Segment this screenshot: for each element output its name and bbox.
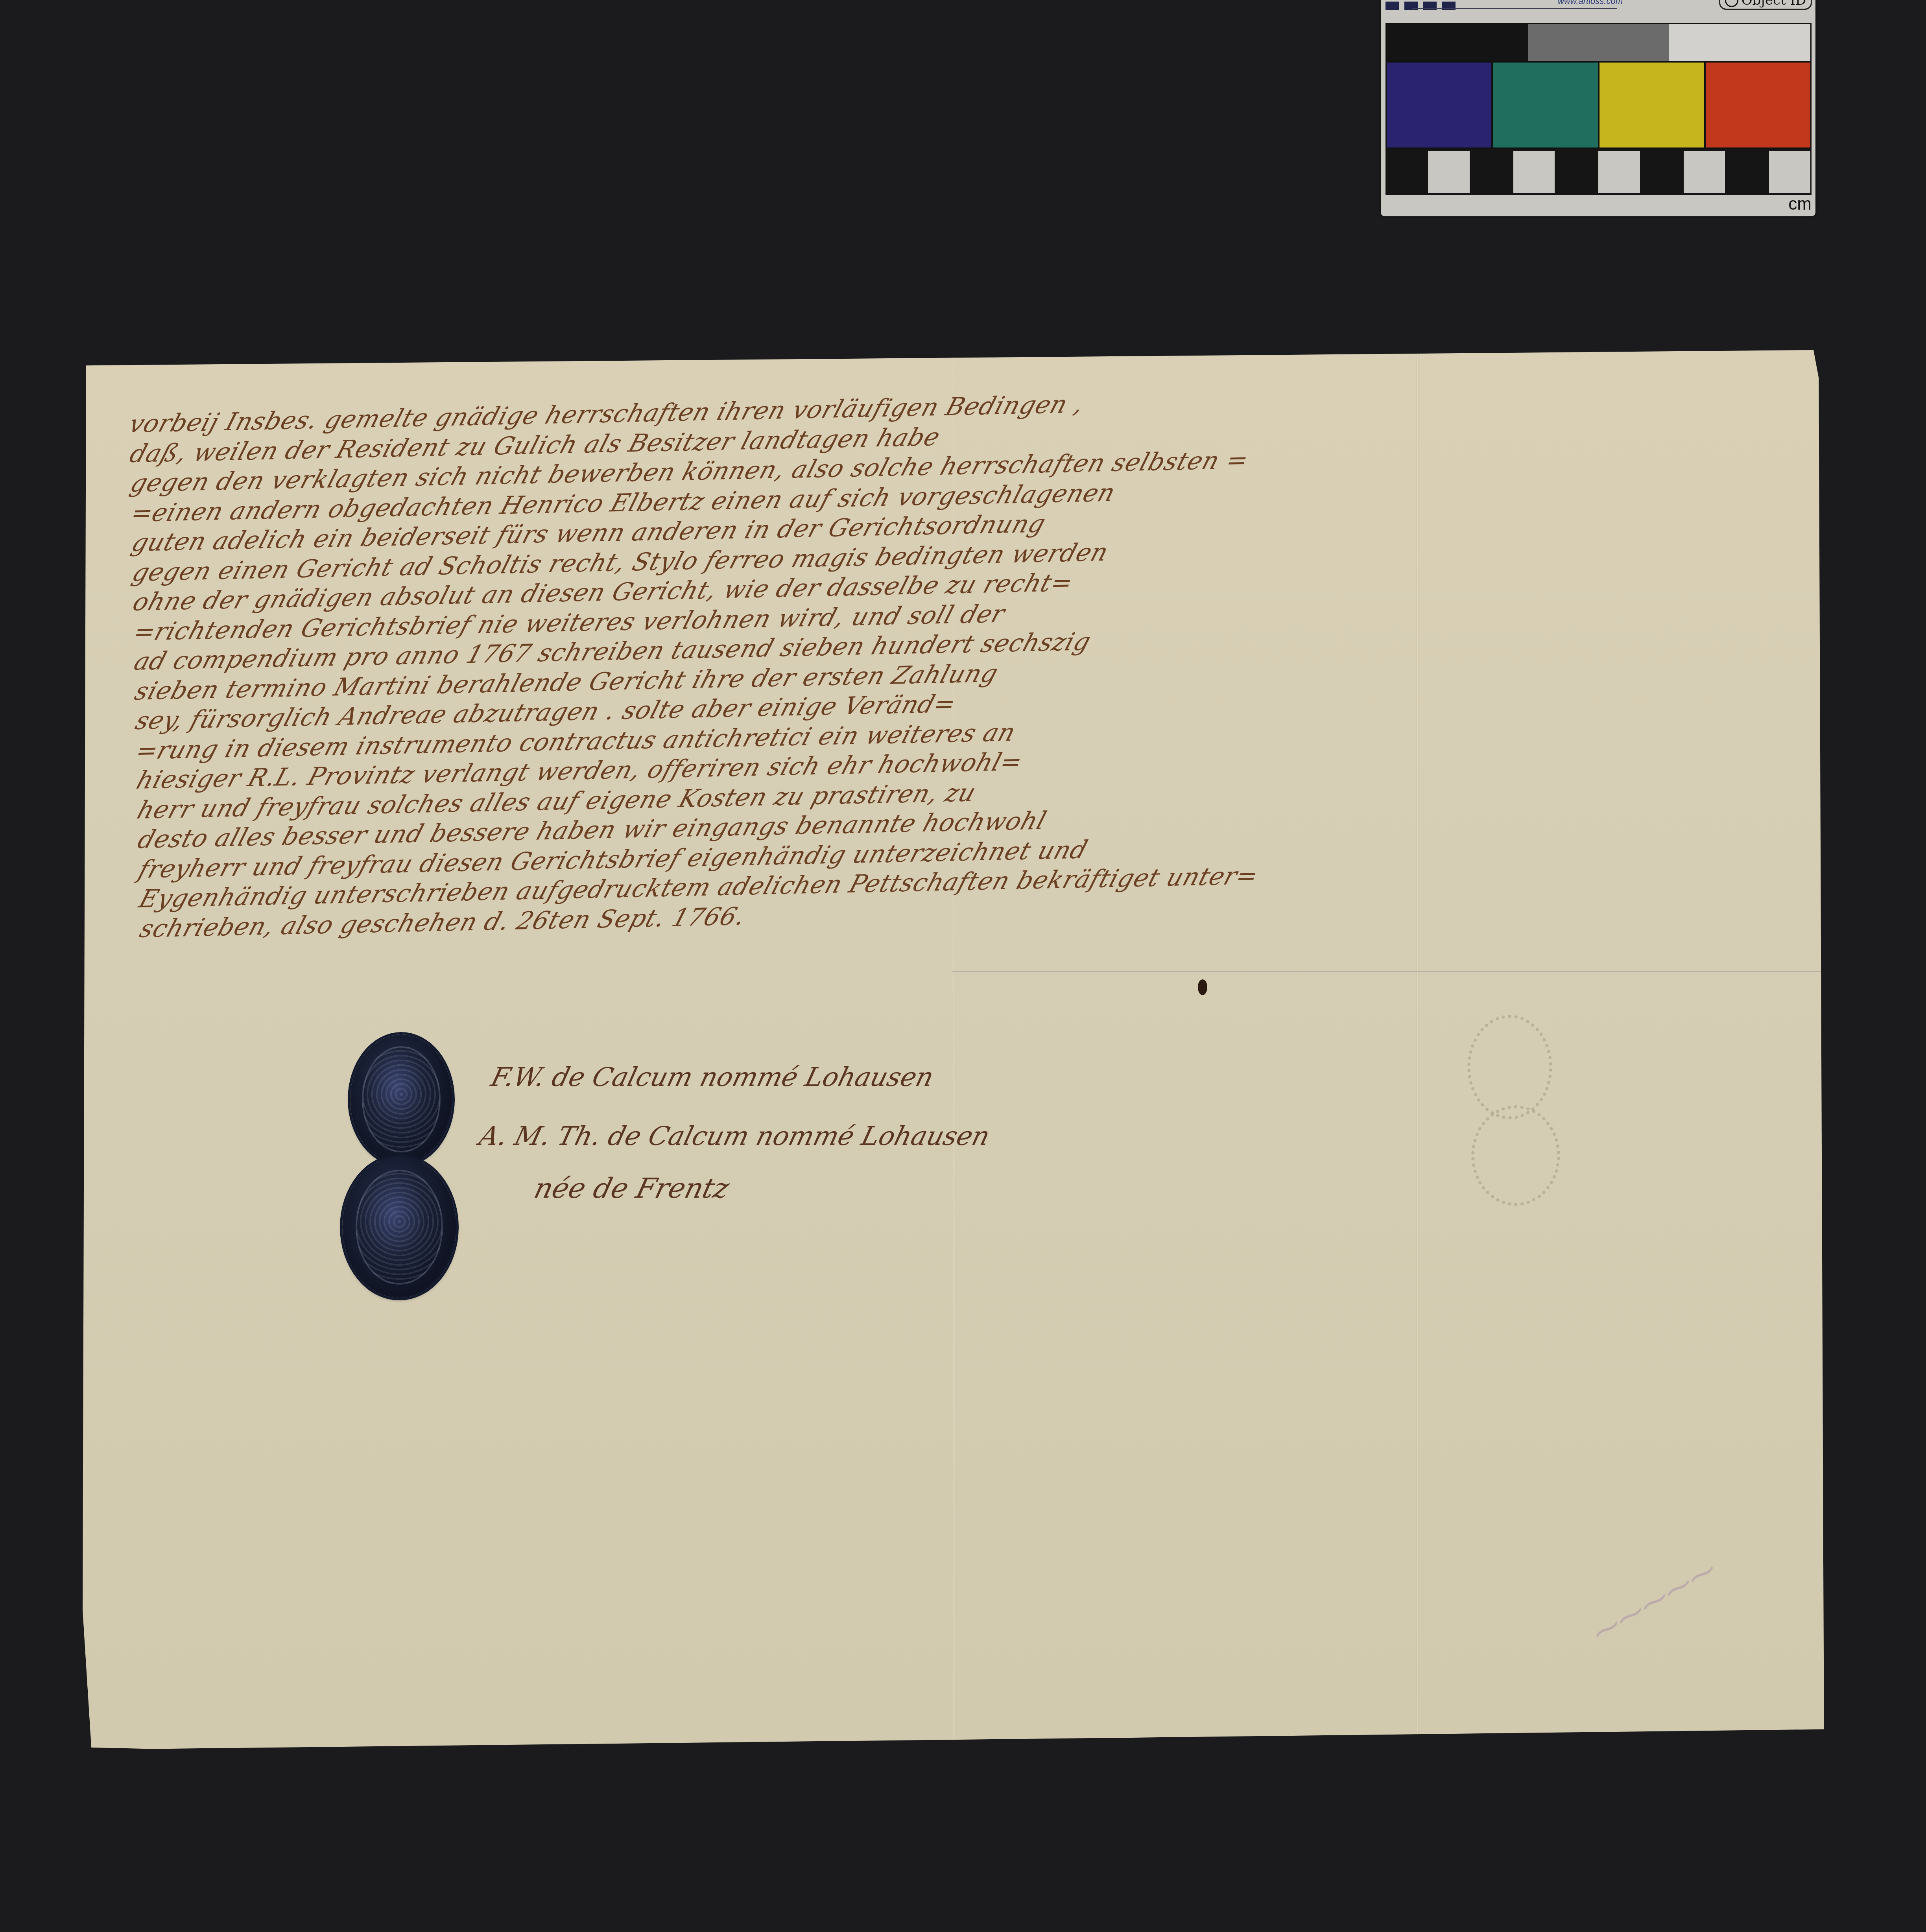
seal-crest-icon bbox=[362, 1046, 441, 1152]
seal-offset-ghost bbox=[1471, 1105, 1560, 1206]
object-id-logo: Object ID bbox=[1719, 0, 1812, 10]
signature-1: F.W. de Calcum nommé Lohausen bbox=[488, 1062, 937, 1092]
seal-crest-icon bbox=[356, 1170, 443, 1285]
cm-scale-bar bbox=[1385, 149, 1812, 195]
wax-seal-upper bbox=[350, 1034, 452, 1164]
signature-2: A. M. Th. de Calcum nommé Lohausen bbox=[476, 1121, 993, 1151]
card-rule-line bbox=[1412, 8, 1617, 9]
manuscript-sheet: vorbeij Insbes. gemelte gnädige herrscha… bbox=[83, 350, 1829, 1750]
grey-patches bbox=[1385, 23, 1812, 62]
color-checker-card: www.artloss.com Object ID cm bbox=[1381, 0, 1815, 216]
right-fold bbox=[1416, 350, 1419, 1750]
color-patch-yellow bbox=[1599, 63, 1704, 147]
signature-3: née de Frentz bbox=[531, 1172, 733, 1204]
logo-text: Object ID bbox=[1742, 0, 1806, 8]
color-patches bbox=[1385, 61, 1812, 149]
handwritten-body: vorbeij Insbes. gemelte gnädige herrscha… bbox=[130, 392, 959, 943]
grey-patch-white bbox=[1669, 24, 1810, 61]
horizontal-fold bbox=[952, 971, 1829, 972]
card-url: www.artloss.com bbox=[1558, 0, 1623, 6]
color-patch-green bbox=[1493, 63, 1598, 147]
seal-offset-ghost bbox=[1467, 1015, 1552, 1119]
grey-patch-mid bbox=[1528, 24, 1669, 61]
grey-patch-black bbox=[1387, 24, 1528, 61]
wax-seal-lower bbox=[342, 1156, 456, 1298]
faded-violet-stamp: ⁓⁓⁓⁓⁓ bbox=[1587, 1553, 1722, 1650]
ink-blot bbox=[1198, 979, 1207, 995]
globe-icon bbox=[1725, 0, 1738, 7]
color-patch-red bbox=[1706, 63, 1810, 147]
color-patch-blue bbox=[1387, 63, 1491, 147]
scale-unit-label: cm bbox=[1788, 194, 1812, 214]
